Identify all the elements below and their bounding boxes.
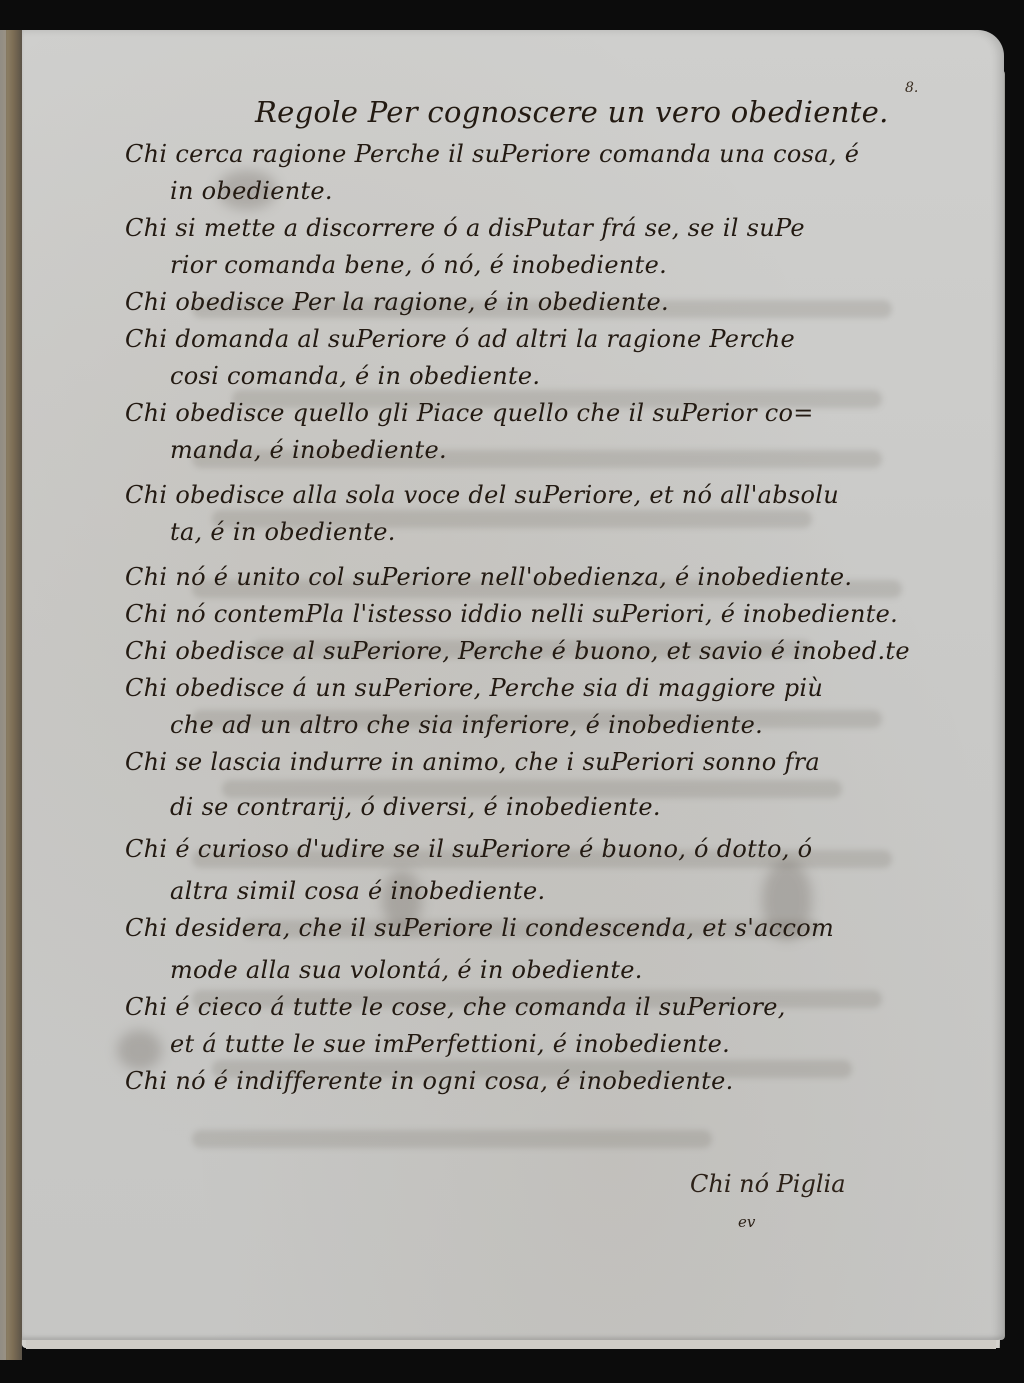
text-line: manda, é inobediente.: [125, 432, 925, 477]
text-line: Chi obedisce alla sola voce del suPerior…: [125, 477, 925, 514]
text-line: Chi obedisce á un suPeriore, Perche sia …: [125, 670, 925, 707]
text-line: Chi obedisce quello gli Piace quello che…: [125, 395, 925, 432]
text-line: Chi é curioso d'udire se il suPeriore é …: [125, 831, 925, 873]
text-line: rior comanda bene, ó nó, é inobediente.: [125, 247, 925, 284]
text-line: mode alla sua volontá, é in obediente.: [125, 952, 925, 989]
text-line: et á tutte le sue imPerfettioni, é inobe…: [125, 1026, 925, 1063]
text-line: Chi se lascia indurre in animo, che i su…: [125, 744, 925, 789]
signature-mark: ev: [738, 1213, 755, 1231]
text-line: Chi si mette a discorrere ó a disPutar f…: [125, 210, 925, 247]
text-line: Chi nó contemPla l'istesso iddio nelli s…: [125, 596, 925, 633]
text-line: Chi nó é unito col suPeriore nell'obedie…: [125, 559, 925, 596]
text-line: in obediente.: [125, 173, 925, 210]
scan-frame: 8. Regole Per cognoscere un vero obedien…: [0, 0, 1024, 1383]
text-line: ta, é in obediente.: [125, 514, 925, 559]
text-line: Chi desidera, che il suPeriore li condes…: [125, 910, 925, 952]
spine-highlight: [0, 30, 6, 1360]
text-line: Chi obedisce Per la ragione, é in obedie…: [125, 284, 925, 321]
page-title: Regole Per cognoscere un vero obediente.: [255, 88, 925, 136]
manuscript-text: Regole Per cognoscere un vero obediente.…: [125, 88, 925, 1100]
text-line: Chi obedisce al suPeriore, Perche é buon…: [125, 633, 925, 670]
text-line: di se contrarij, ó diversi, é inobedient…: [125, 789, 925, 831]
text-line: Chi nó é indifferente in ogni cosa, é in…: [125, 1063, 925, 1100]
signature: Chi nó Piglia: [690, 1170, 846, 1198]
text-line: cosi comanda, é in obediente.: [125, 358, 925, 395]
text-line: Chi domanda al suPeriore ó ad altri la r…: [125, 321, 925, 358]
text-line: che ad un altro che sia inferiore, é ino…: [125, 707, 925, 744]
text-line: Chi é cieco á tutte le cose, che comanda…: [125, 989, 925, 1026]
text-line: Chi cerca ragione Perche il suPeriore co…: [125, 136, 925, 173]
text-line: altra simil cosa é inobediente.: [125, 873, 925, 910]
